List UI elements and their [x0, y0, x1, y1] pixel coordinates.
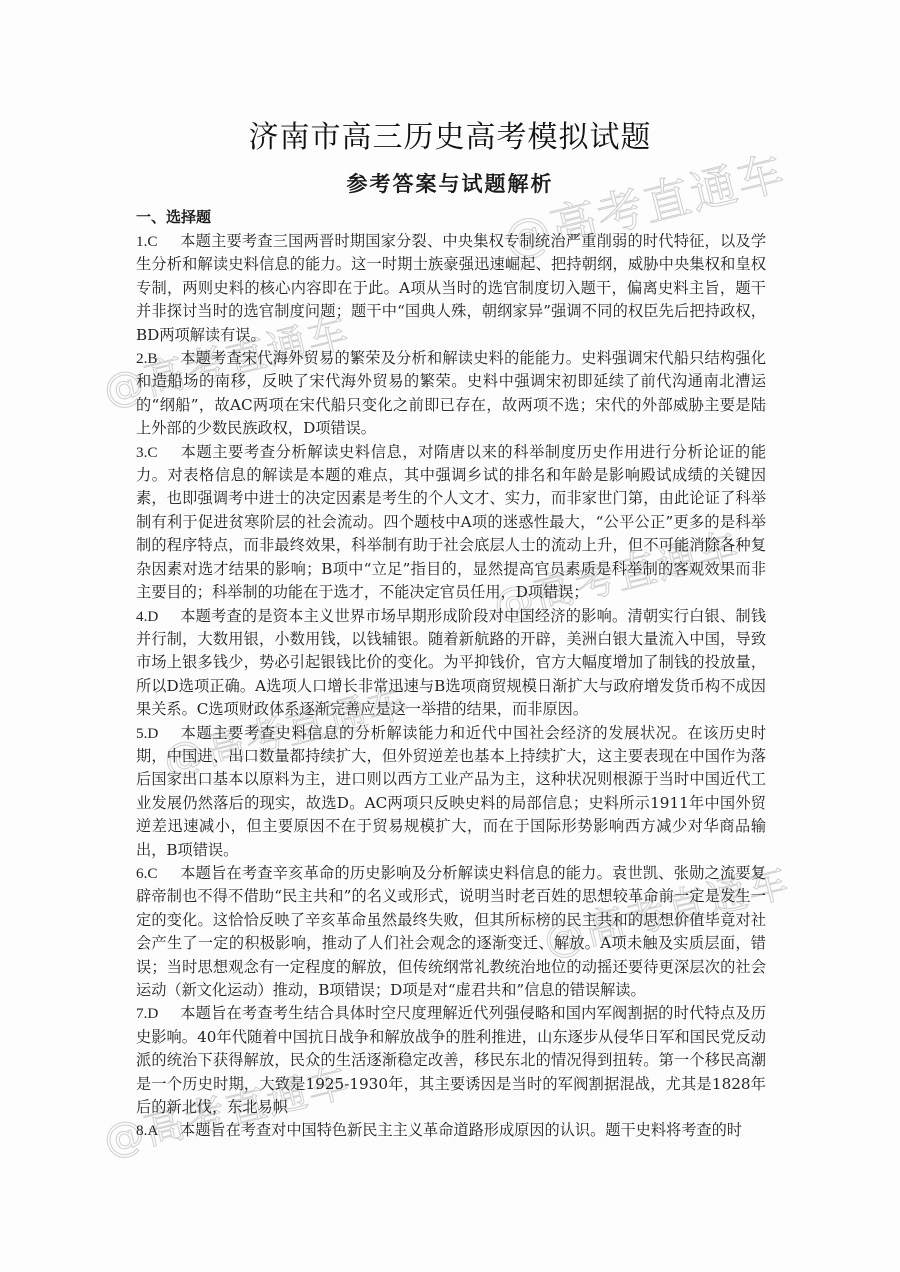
answer-number: 7.D: [136, 1002, 180, 1025]
answer-item: 8.A本题旨在考查对中国特色新民主主义革命道路形成原因的认识。题干史料将考查的时: [136, 1119, 766, 1142]
answer-text: 本题考查的是资本主义世界市场早期形成阶段对中国经济的影响。清朝实行白银、制钱并行…: [136, 607, 766, 719]
answer-number: 1.C: [136, 230, 180, 253]
document-subtitle: 参考答案与试题解析: [0, 168, 900, 198]
answer-number: 3.C: [136, 441, 180, 464]
answer-text: 本题主要考查三国两晋时期国家分裂、中央集权专制统治严重削弱的时代特征，以及学生分…: [136, 232, 766, 344]
answer-item: 4.D本题考查的是资本主义世界市场早期形成阶段对中国经济的影响。清朝实行白银、制…: [136, 605, 766, 722]
answer-text: 本题旨在考查对中国特色新民主主义革命道路形成原因的认识。题干史料将考查的时: [180, 1121, 742, 1139]
answer-text: 本题旨在考查辛亥革命的历史影响及分析解读史料信息的能力。袁世凯、张勋之流要复辟帝…: [136, 864, 766, 999]
answer-item: 7.D本题旨在考查考生结合具体时空尺度理解近代列强侵略和国内军阀割据的时代特点及…: [136, 1002, 766, 1119]
answer-number: 2.B: [136, 347, 180, 370]
document-page: @高考直通车 @高考直通车 @高考直通车 @高考直通车 @高考直通车 @高考直通…: [0, 0, 900, 1272]
answer-text: 本题考查宋代海外贸易的繁荣及分析和解读史料的能能力。史料强调宋代船只结构强化和造…: [136, 349, 766, 437]
document-title: 济南市高三历史高考模拟试题: [0, 112, 900, 156]
answer-item: 1.C本题主要考查三国两晋时期国家分裂、中央集权专制统治严重削弱的时代特征，以及…: [136, 230, 766, 347]
answer-item: 3.C本题主要考查分析解读史料信息，对隋唐以来的科举制度历史作用进行分析论证的能…: [136, 441, 766, 605]
answer-number: 5.D: [136, 722, 180, 745]
answer-text: 本题旨在考查考生结合具体时空尺度理解近代列强侵略和国内军阀割据的时代特点及历史影…: [136, 1004, 766, 1116]
answer-item: 2.B本题考查宋代海外贸易的繁荣及分析和解读史料的能能力。史料强调宋代船只结构强…: [136, 347, 766, 441]
section-heading: 一、选择题: [136, 206, 211, 227]
answer-item: 6.C本题旨在考查辛亥革命的历史影响及分析解读史料信息的能力。袁世凯、张勋之流要…: [136, 862, 766, 1002]
answer-number: 4.D: [136, 605, 180, 628]
answer-number: 8.A: [136, 1119, 180, 1142]
answer-number: 6.C: [136, 862, 180, 885]
answer-list: 1.C本题主要考查三国两晋时期国家分裂、中央集权专制统治严重削弱的时代特征，以及…: [136, 230, 766, 1143]
answer-item: 5.D本题主要考查史料信息的分析解读能力和近代中国社会经济的发展状况。在该历史时…: [136, 722, 766, 862]
answer-text: 本题主要考查分析解读史料信息，对隋唐以来的科举制度历史作用进行分析论证的能力。对…: [136, 443, 766, 601]
answer-text: 本题主要考查史料信息的分析解读能力和近代中国社会经济的发展状况。在该历史时期，中…: [136, 724, 766, 859]
